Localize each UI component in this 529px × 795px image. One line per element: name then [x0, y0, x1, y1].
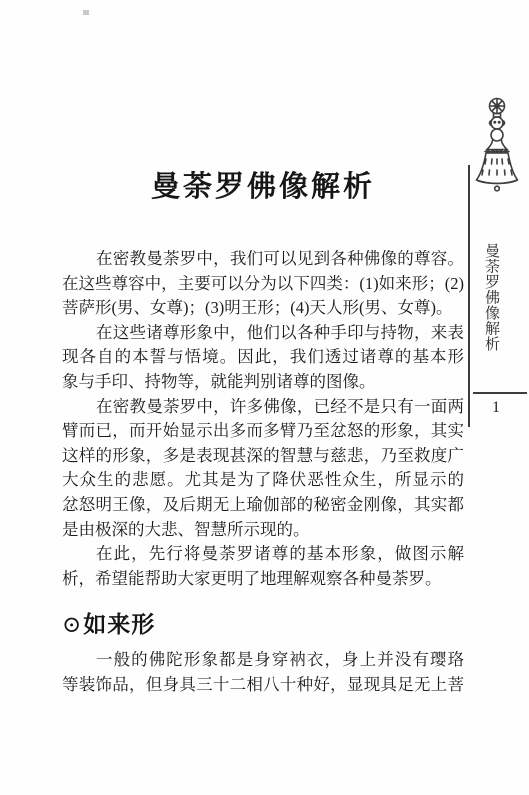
text-line: 一般的佛陀形象都是身穿衲衣，身上并没有璎珞: [62, 648, 464, 673]
text-line: 在密教曼荼罗中，许多佛像，已经不是只有一面两: [62, 395, 464, 420]
page-title: 曼荼罗佛像解析: [62, 164, 464, 205]
section-bullet-icon: ⊙: [62, 612, 82, 637]
text-line: 是由极深的大悲、智慧所示现的。: [62, 518, 464, 543]
text-line: 大众生的悲愿。尤其是为了降伏恶性众生，所显示的: [62, 468, 464, 493]
text-line: 象与手印、持物等，就能判别诸尊的图像。: [62, 370, 464, 395]
sidebar-divider: [468, 165, 470, 427]
text-line: 现各自的本誓与悟境。因此，我们透过诸尊的基本形: [62, 345, 464, 370]
page-number: 1: [468, 399, 524, 417]
page-number-rule: [473, 392, 527, 394]
text-line: 析，希望能帮助大家更明了地理解观察各种曼荼罗。: [62, 567, 464, 592]
section-heading-label: 如来形: [83, 612, 155, 637]
book-page: 曼荼罗佛像解析 在密教曼荼罗中，我们可以见到各种佛像的尊容。 在这些尊容中，主要…: [0, 0, 529, 795]
scan-artifact: [83, 10, 89, 15]
section-heading: ⊙如来形: [62, 610, 464, 639]
body-text: 在密教曼荼罗中，我们可以见到各种佛像的尊容。 在这些尊容中，主要可以分为以下四类…: [62, 247, 464, 698]
text-line: 在这些诸尊形象中，他们以各种手印与持物，来表: [62, 321, 464, 346]
text-line: 这样的形象，多是表现甚深的智慧与慈悲，乃至救度广: [62, 444, 464, 469]
text-line: 忿怒明王像，及后期无上瑜伽部的秘密金刚像，其实都: [62, 493, 464, 518]
text-line: 在这些尊容中，主要可以分为以下四类：(1)如来形；(2): [62, 272, 464, 297]
text-line: 等装饰品，但身具三十二相八十种好，显现具足无上菩: [62, 673, 464, 698]
text-line: 在密教曼荼罗中，我们可以见到各种佛像的尊容。: [62, 247, 464, 272]
sidebar-running-title: 曼荼罗佛像解析: [481, 243, 501, 355]
text-line: 在此，先行将曼荼罗诸尊的基本形象，做图示解: [62, 542, 464, 567]
text-line: 臂而已，而开始显示出多而多臂乃至忿怒的形象，其实: [62, 419, 464, 444]
text-line: 菩萨形(男、女尊)；(3)明王形；(4)天人形(男、女尊)。: [62, 296, 464, 321]
buddhist-ritual-bell-icon: [472, 96, 522, 196]
